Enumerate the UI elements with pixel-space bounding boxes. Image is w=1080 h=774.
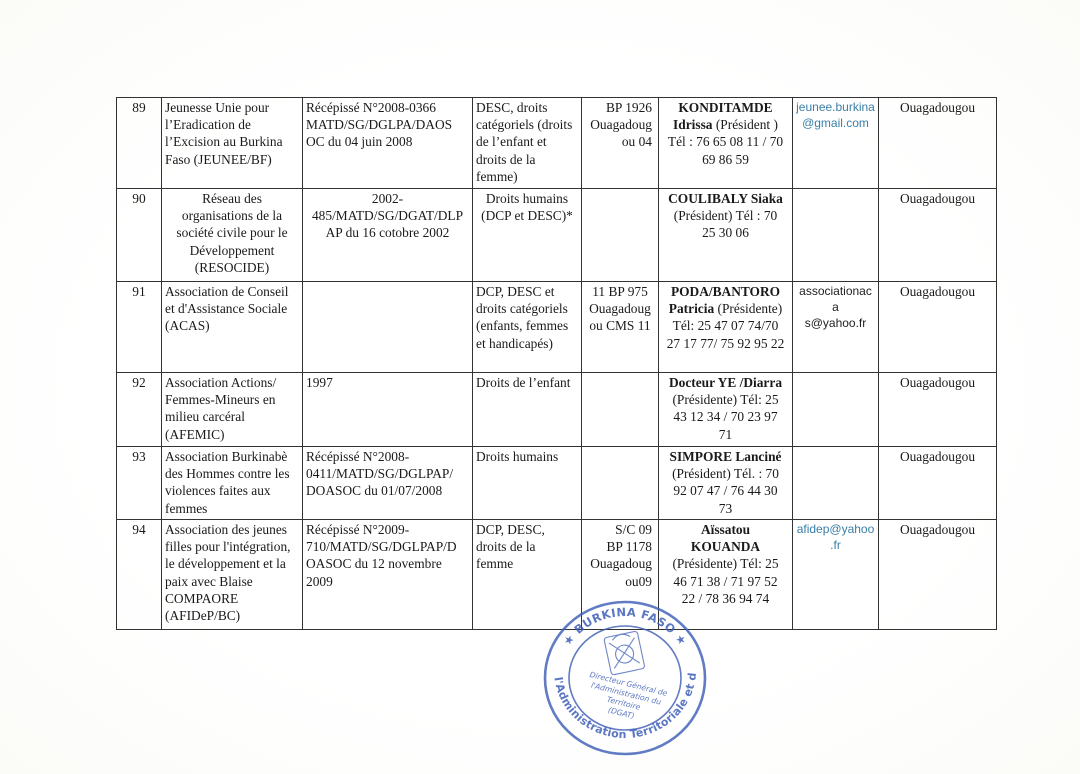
table-row: 93 Association Burkinabèdes Hommes contr…: [117, 447, 997, 520]
registration-reference: [303, 282, 473, 373]
row-number: 93: [117, 447, 162, 520]
email-address[interactable]: associationacas@yahoo.fr: [793, 282, 879, 373]
stamp-inner-text: Directeur Général de l'Administration du…: [581, 670, 668, 727]
email-address: [793, 373, 879, 447]
registration-reference: Récépissé N°2008-0366MATD/SG/DGLPA/DAOSO…: [303, 98, 473, 189]
table-row: 92 Association Actions/Femmes-Mineurs en…: [117, 373, 997, 447]
domain-of-intervention: Droits humains: [473, 447, 582, 520]
city: Ouagadougou: [879, 189, 997, 282]
responsible-name: KOUANDA: [691, 539, 760, 554]
registration-reference: Récépissé N°2008-0411/MATD/SG/DGLPAP/DOA…: [303, 447, 473, 520]
responsible-name: KONDITAMDE: [678, 100, 772, 115]
row-number: 94: [117, 520, 162, 630]
city: Ouagadougou: [879, 447, 997, 520]
postal-address: 11 BP 975Ouagadougou CMS 11: [582, 282, 659, 373]
responsible-contact: PODA/BANTOROPatricia (Présidente)Tél: 25…: [659, 282, 793, 373]
city: Ouagadougou: [879, 282, 997, 373]
association-name: Association de Conseilet d'Assistance So…: [162, 282, 303, 373]
responsible-name: SIMPORE Lanciné: [670, 449, 782, 464]
association-registry-table: 89 Jeunesse Unie pourl’Eradication del’E…: [116, 97, 997, 630]
coat-of-arms-icon: [604, 631, 645, 675]
row-number: 91: [117, 282, 162, 373]
city: Ouagadougou: [879, 98, 997, 189]
domain-of-intervention: DESC, droitscatégoriels (droitsde l’enfa…: [473, 98, 582, 189]
association-name: Association des jeunesfilles pour l'inté…: [162, 520, 303, 630]
email-address[interactable]: afidep@yahoo.fr: [793, 520, 879, 630]
row-number: 90: [117, 189, 162, 282]
email-address: [793, 189, 879, 282]
email-address[interactable]: jeunee.burkina@gmail.com: [793, 98, 879, 189]
responsible-name: PODA/BANTORO: [671, 284, 780, 299]
registration-reference: 2002-485/MATD/SG/DGAT/DLPAP du 16 cotobr…: [303, 189, 473, 282]
table-row: 91 Association de Conseilet d'Assistance…: [117, 282, 997, 373]
email-address: [793, 447, 879, 520]
table-row: 89 Jeunesse Unie pourl’Eradication del’E…: [117, 98, 997, 189]
responsible-name: Patricia: [669, 301, 714, 316]
postal-address: [582, 447, 659, 520]
responsible-contact: SIMPORE Lanciné(Président) Tél. : 7092 0…: [659, 447, 793, 520]
responsible-name: Idrissa: [673, 117, 712, 132]
association-name: Association Burkinabèdes Hommes contre l…: [162, 447, 303, 520]
responsible-contact: COULIBALY Siaka(Président) Tél : 7025 30…: [659, 189, 793, 282]
postal-address: [582, 373, 659, 447]
responsible-name: Aïssatou: [701, 522, 750, 537]
registration-reference: 1997: [303, 373, 473, 447]
row-number: 89: [117, 98, 162, 189]
registration-reference: Récépissé N°2009-710/MATD/SG/DGLPAP/DOAS…: [303, 520, 473, 630]
responsible-contact: Docteur YE /Diarra(Présidente) Tél: 2543…: [659, 373, 793, 447]
responsible-contact: KONDITAMDEIdrissa (Président )Tél : 76 6…: [659, 98, 793, 189]
domain-of-intervention: Droits de l’enfant: [473, 373, 582, 447]
postal-address: [582, 189, 659, 282]
responsible-name: Docteur YE /Diarra: [669, 375, 782, 390]
responsible-name: COULIBALY Siaka: [668, 191, 783, 206]
table-row: 90 Réseau desorganisations de lasociété …: [117, 189, 997, 282]
association-name: Association Actions/Femmes-Mineurs enmil…: [162, 373, 303, 447]
domain-of-intervention: Droits humains(DCP et DESC)*: [473, 189, 582, 282]
city: Ouagadougou: [879, 520, 997, 630]
postal-address: BP 1926Ouagadougou 04: [582, 98, 659, 189]
association-name: Réseau desorganisations de lasociété civ…: [162, 189, 303, 282]
row-number: 92: [117, 373, 162, 447]
city: Ouagadougou: [879, 373, 997, 447]
domain-of-intervention: DCP, DESC etdroits catégoriels(enfants, …: [473, 282, 582, 373]
association-name: Jeunesse Unie pourl’Eradication del’Exci…: [162, 98, 303, 189]
official-stamp: ★ BURKINA FASO ★ Ministère de l'Administ…: [540, 598, 710, 758]
